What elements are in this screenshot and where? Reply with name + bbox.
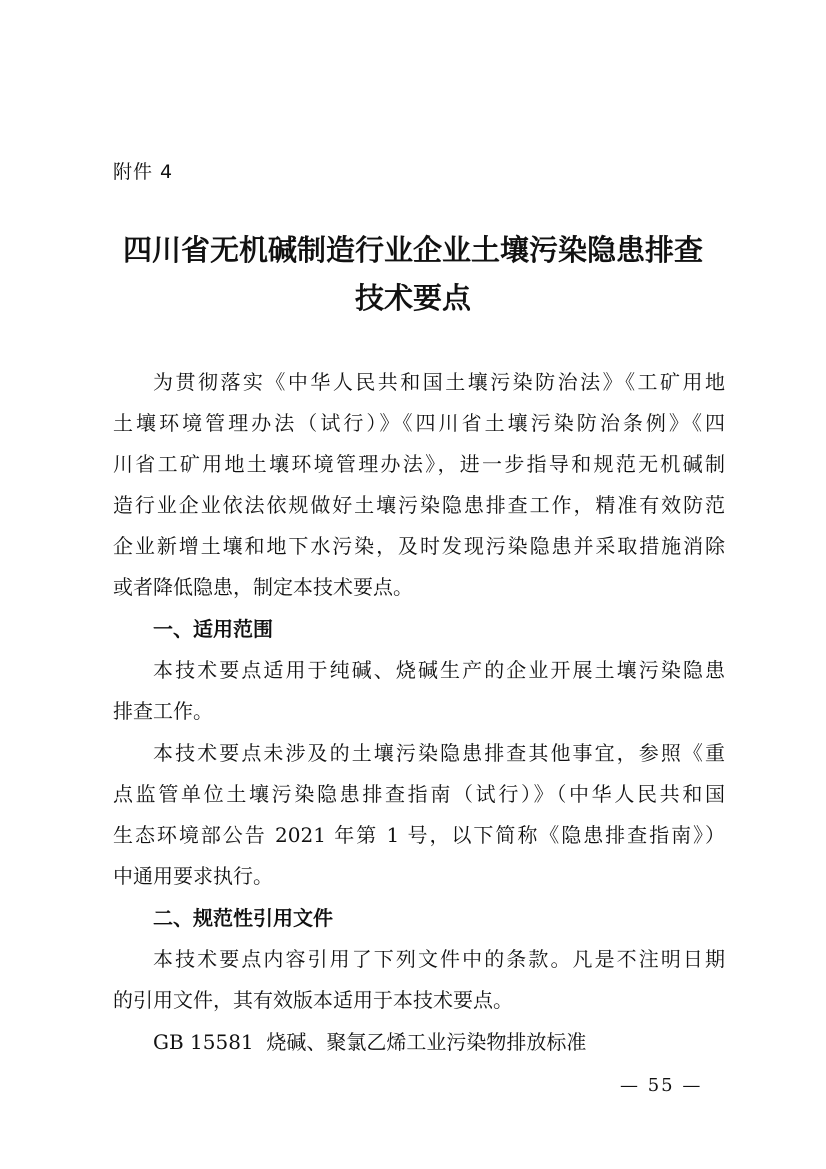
paragraph-line: 本技术要点未涉及的土壤污染隐患排查其他事宜，参照《重	[153, 738, 725, 768]
paragraph-line: 的引用文件，其有效版本适用于本技术要点。	[113, 985, 725, 1015]
document-page: 附件 4 四川省无机碱制造行业企业土壤污染隐患排查 技术要点 为贯彻落实《中华人…	[0, 0, 826, 1169]
page-number: — 55 —	[620, 1074, 702, 1098]
intro-line: 企业新增土壤和地下水污染，及时发现污染隐患并采取措施消除	[113, 531, 725, 561]
section-heading-references: 二、规范性引用文件	[153, 903, 333, 933]
intro-line: 或者降低隐患，制定本技术要点。	[113, 572, 725, 602]
attachment-label: 附件 4	[113, 158, 173, 186]
intro-line: 为贯彻落实《中华人民共和国土壤污染防治法》《工矿用地	[153, 367, 725, 397]
reference-item: GB 15581 烧碱、聚氯乙烯工业污染物排放标准	[153, 1027, 725, 1057]
intro-line: 川省工矿用地土壤环境管理办法》，进一步指导和规范无机碱制	[113, 449, 725, 479]
paragraph-line: 生态环境部公告 2021 年第 1 号，以下简称《隐患排查指南》）	[113, 820, 725, 850]
paragraph-line: 本技术要点适用于纯碱、烧碱生产的企业开展土壤污染隐患	[153, 655, 725, 685]
intro-line: 土壤环境管理办法（试行）》《四川省土壤污染防治条例》《四	[113, 408, 725, 438]
paragraph-line: 中通用要求执行。	[113, 861, 725, 891]
paragraph-line: 排查工作。	[113, 696, 725, 726]
section-heading-scope: 一、适用范围	[153, 614, 273, 644]
paragraph-line: 点监管单位土壤污染隐患排查指南（试行）》（中华人民共和国	[113, 779, 725, 809]
document-title-line-1: 四川省无机碱制造行业企业土壤污染隐患排查	[100, 230, 726, 270]
intro-line: 造行业企业依法依规做好土壤污染隐患排查工作，精准有效防范	[113, 490, 725, 520]
paragraph-line: 本技术要点内容引用了下列文件中的条款。凡是不注明日期	[153, 944, 725, 974]
document-title-line-2: 技术要点	[100, 278, 726, 318]
